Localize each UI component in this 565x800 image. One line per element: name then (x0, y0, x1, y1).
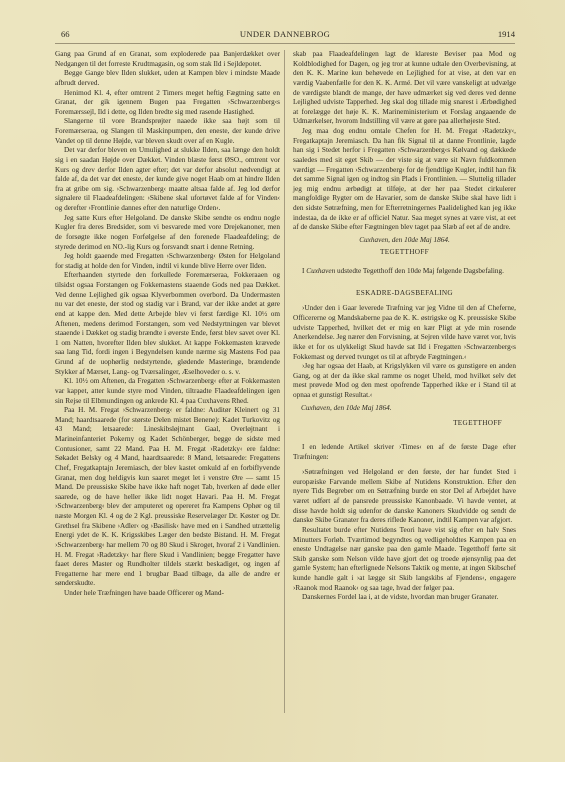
paragraph: ›Under den i Gaar leverede Træfning var … (293, 304, 516, 362)
paragraph: ›Søtræfningen ved Helgoland er den først… (293, 468, 516, 526)
paragraph: Danskernes Fordel laa i, at de vidste, h… (293, 593, 516, 603)
paragraph: I en ledende Artikel skriver ›Times‹ en … (293, 443, 516, 462)
section-heading: ESKADRE-DAGSBEFALING (293, 289, 516, 299)
paragraph: Begge Gange blev Ilden slukket, uden at … (55, 69, 280, 88)
dateline: Cuxhaven, den 10de Maj 1864. (293, 236, 516, 246)
paragraph: Gang paa Grund af en Granat, som explode… (55, 50, 280, 69)
paragraph: Under hele Træfningen have baade Officer… (55, 589, 280, 599)
paragraph: Slangerne til vore Brandsprøjter naaede … (55, 117, 280, 146)
intro-paragraph: I Cuxhaven udstedte Tegetthoff den 10de … (293, 267, 516, 277)
right-column: skab paa Flaadeafdelingen lagt de klares… (293, 50, 516, 603)
paragraph: Resultatet burde efter Nutidens Teori ha… (293, 526, 516, 593)
running-header: 66 UNDER DANNEBROG 1914 (55, 29, 515, 44)
publication-title: UNDER DANNEBROG (55, 29, 515, 39)
paragraph: Jeg holdt gaaende med Fregatten ›Schwarz… (55, 252, 280, 271)
paragraph: Jeg satte Kurs efter Helgoland. De dansk… (55, 214, 280, 253)
paragraph: Det var derfor bleven en Umulighed at sl… (55, 146, 280, 213)
paragraph: Efterhaanden styrtede den forkullede For… (55, 271, 280, 377)
intro-suffix: udstedte Tegetthoff den 10de Maj følgend… (335, 267, 504, 275)
paragraph: Jeg maa dog endnu omtale Chefen for H. M… (293, 127, 516, 233)
signature: TEGETTHOFF (293, 248, 516, 258)
left-column: Gang paa Grund af en Granat, som explode… (55, 50, 280, 599)
paragraph: ›Jeg har ogsaa det Haab, at Krigslykken … (293, 362, 516, 401)
dateline: Cuxhaven, den 10de Maj 1864. (293, 404, 516, 414)
paragraph: skab paa Flaadeafdelingen lagt de klares… (293, 50, 516, 127)
column-divider (284, 50, 285, 713)
publication-year: 1914 (498, 29, 515, 39)
signature: TEGETTHOFF (293, 419, 502, 429)
paragraph: Paa H. M. Fregat ›Schwarzenberg‹ er fald… (55, 406, 280, 589)
scanned-page: 66 UNDER DANNEBROG 1914 Gang paa Grund a… (0, 0, 565, 762)
paragraph: Henimod Kl. 4, efter omtrent 2 Timers me… (55, 89, 280, 118)
intro-place: Cuxhaven (306, 267, 335, 275)
paragraph: Kl. 10½ om Aftenen, da Fregatten ›Schwar… (55, 377, 280, 406)
